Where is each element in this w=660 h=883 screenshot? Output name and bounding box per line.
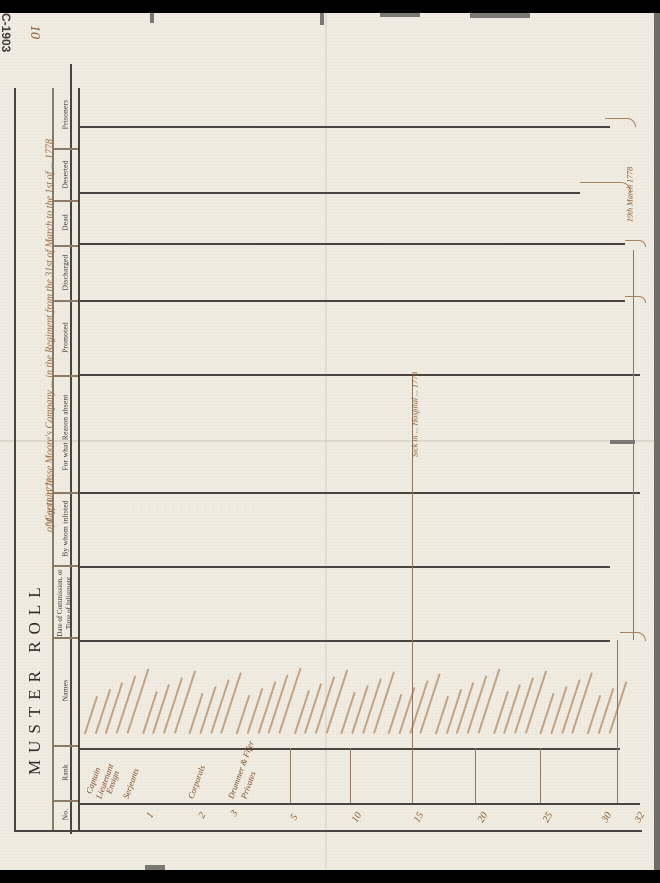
tear-mark: [380, 13, 420, 17]
rule-by-whom: [80, 566, 610, 568]
brace-mark: [580, 182, 631, 193]
frame-title-right: [70, 64, 72, 834]
archive-stamp: C-1903: [0, 13, 14, 63]
brace-mark: [605, 118, 636, 127]
header-right-line: [78, 88, 80, 830]
col-header-discharged: Discharged: [61, 243, 70, 303]
row-divider: [633, 250, 634, 640]
row-divider: [475, 748, 476, 803]
rule-date: [80, 640, 610, 642]
tear-mark: [610, 440, 635, 444]
rule-deserted: [80, 192, 580, 194]
tear-mark: [470, 13, 530, 18]
rule-rank: [80, 803, 640, 805]
row-divider: [350, 748, 351, 803]
tear-mark: [320, 13, 324, 25]
rule-promoted: [80, 374, 640, 376]
fold-line-vertical: [325, 13, 327, 870]
reason-absent-note: Sick in ... Hospital ... 1778: [411, 340, 420, 490]
rule-prisoners: [80, 126, 610, 128]
col-header-no: No.: [61, 785, 70, 845]
hdr-sep: [52, 375, 78, 377]
frame-left: [14, 88, 16, 830]
brace-mark: [625, 240, 646, 247]
brace-mark: [625, 296, 646, 303]
rule-discharged: [80, 300, 625, 302]
row-divider: [540, 748, 541, 803]
col-header-promoted: Promoted: [61, 308, 70, 368]
row-divider: [290, 748, 291, 803]
rule-dead: [80, 243, 625, 245]
folio-number: 10: [26, 25, 42, 39]
heading-manuscript-sub: May 11 1778: [45, 465, 55, 525]
col-header-prisoners: Prisoners: [61, 85, 70, 145]
col-header-by-whom: By whom inlisted: [61, 489, 70, 569]
col-header-date: Date of Commission, or Time of Inlistmen…: [56, 568, 74, 638]
rule-reason-absent: [80, 492, 640, 494]
row-divider: [617, 640, 618, 803]
frame-bottom: [14, 830, 642, 832]
dead-note: 19th March 1778: [626, 155, 635, 235]
brace-mark: [620, 632, 646, 641]
form-title: MUSTER ROLL: [25, 625, 45, 775]
col-header-names: Names: [61, 661, 70, 721]
fold-line: [0, 440, 655, 442]
tear-mark: [150, 13, 154, 23]
tear-mark: [145, 865, 165, 870]
col-header-reason-absent: For what Reason absent: [61, 383, 70, 483]
